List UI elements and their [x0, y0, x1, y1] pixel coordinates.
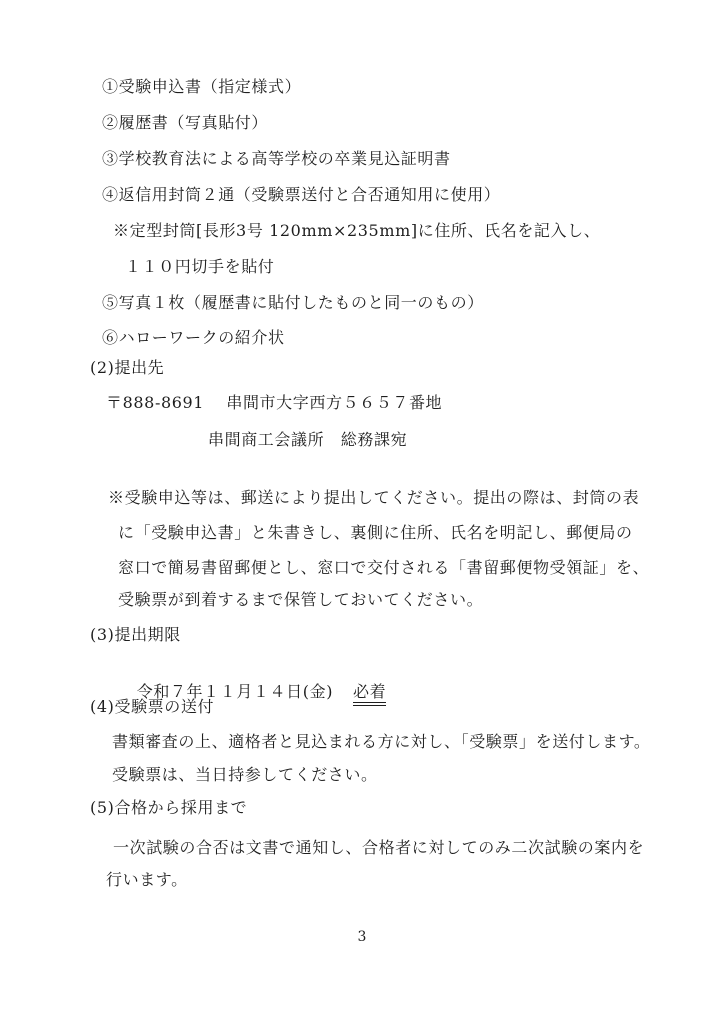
section-2-heading: (2)提出先: [90, 358, 164, 378]
hiring-body-line-1: 一次試験の合否は文書で通知し、合格者に対してのみ二次試験の案内を: [113, 838, 644, 858]
mailing-note-line-2: に「受験申込書」と朱書きし、裏側に住所、氏名を明記し、郵便局の: [118, 523, 633, 543]
exam-ticket-body-line-1: 書類審査の上、適格者と見込まれる方に対し、「受験票」を送付します。: [112, 732, 651, 752]
page-number: 3: [0, 929, 724, 945]
attachment-item-5: ⑤写真１枚（履歴書に貼付したものと同一のもの）: [102, 293, 484, 313]
attachment-item-1: ①受験申込書（指定様式）: [102, 77, 301, 97]
attachment-item-2: ②履歴書（写真貼付）: [102, 113, 268, 133]
addressee: 串間商工会議所 総務課宛: [208, 430, 407, 450]
attachment-item-4-note-line-1: ※定型封筒[長形3号 120mm×235mm]に住所、氏名を記入し、: [113, 221, 600, 241]
exam-ticket-body-line-2: 受験票は、当日持参してください。: [112, 765, 378, 785]
mailing-note-line-4: 受験票が到着するまで保管しておいてください。: [118, 590, 483, 610]
section-5-heading: (5)合格から採用まで: [90, 798, 247, 818]
mailing-note-line-3: 窓口で簡易書留郵便とし、窓口で交付される「書留郵便物受領証」を、: [118, 558, 649, 578]
attachment-item-4-note-line-2: １１０円切手を貼付: [125, 257, 274, 277]
section-4-heading: (4)受験票の送付: [90, 697, 214, 717]
attachment-item-4: ④返信用封筒２通（受験票送付と合否通知用に使用）: [102, 185, 500, 205]
deadline-emphasis: 必着: [353, 682, 386, 706]
mailing-note-line-1: ※受験申込等は、郵送により提出してください。提出の際は、封筒の表: [108, 488, 639, 508]
postal-address: 〒888-8691 串間市大字西方５６５７番地: [106, 393, 442, 413]
hiring-body-line-2: 行います。: [106, 870, 188, 890]
section-3-heading: (3)提出期限: [90, 625, 181, 645]
attachment-item-3: ③学校教育法による高等学校の卒業見込証明書: [102, 149, 451, 169]
attachment-item-6: ⑥ハローワークの紹介状: [102, 328, 285, 348]
document-page: ①受験申込書（指定様式） ②履歴書（写真貼付） ③学校教育法による高等学校の卒業…: [0, 0, 724, 1024]
